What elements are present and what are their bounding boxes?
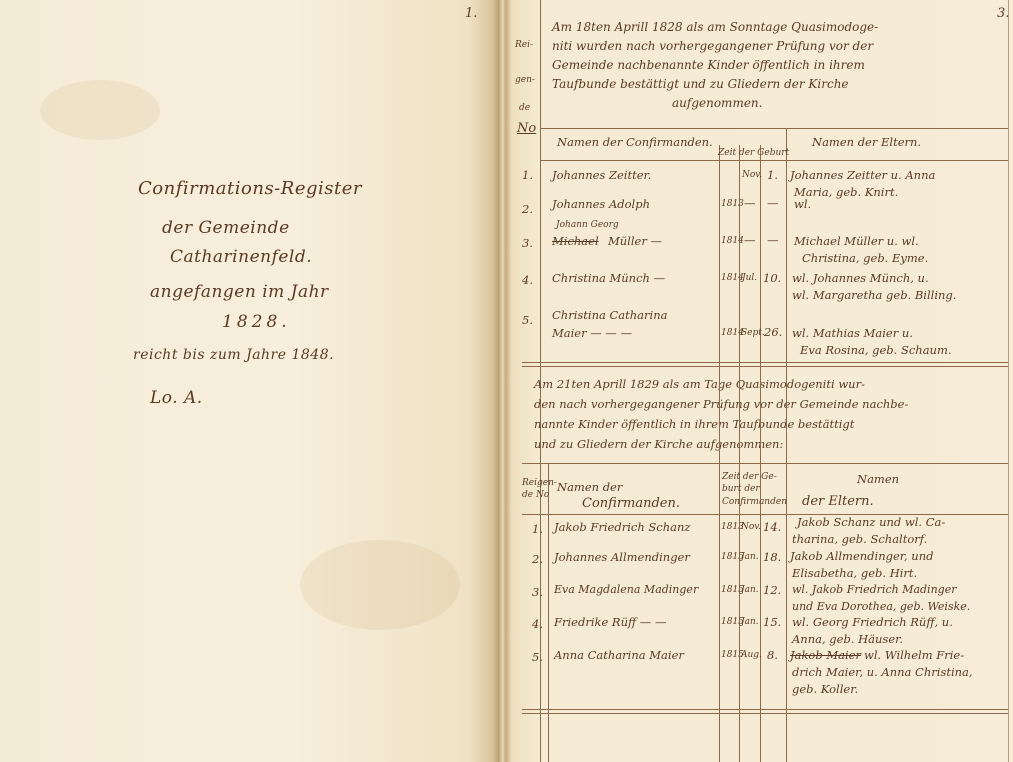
row-day: 18. <box>763 550 781 564</box>
col-header-parents: Namen der Eltern. <box>812 135 921 149</box>
row-name: Johannes Adolph <box>552 197 650 211</box>
col-rule <box>548 463 549 762</box>
intro-line: Taufbunde bestättigt und zu Gliedern der… <box>552 75 1002 94</box>
col-header-name: Namen der <box>557 480 622 494</box>
row-no: 3. <box>522 236 533 250</box>
book-gutter <box>498 0 512 762</box>
row-month: Nov. <box>741 522 761 532</box>
table-rule <box>540 160 1008 161</box>
row-day: 10. <box>763 271 781 285</box>
intro-line: aufgenommen. <box>552 94 1002 113</box>
row-name: Anna Catharina Maier <box>554 648 684 662</box>
row-no: 3. <box>532 585 543 599</box>
row-no: 2. <box>522 202 533 216</box>
row-name: Christina Münch — <box>552 271 665 285</box>
title-line: angefangen im Jahr <box>150 282 329 302</box>
title-year: 1828. <box>222 312 291 332</box>
row-name: Friedrike Rüff — — <box>554 615 666 629</box>
col-header-birth: Zeit der Geburt <box>718 148 789 158</box>
row-name: Jakob Friedrich Schanz <box>554 520 690 534</box>
row-parents: Eva Rosina, geb. Schaum. <box>800 343 952 357</box>
row-parents: drich Maier, u. Anna Christina, <box>792 665 973 679</box>
row-month: — <box>744 233 756 247</box>
col-header-birth: burt der <box>722 484 760 494</box>
row-name: Christina Catharina <box>552 308 667 322</box>
table-rule <box>540 128 1008 129</box>
row-year: 1814 <box>721 273 744 283</box>
row-parents: wl. <box>794 197 811 211</box>
row-day: — <box>767 233 779 247</box>
row-year: 1813 <box>721 199 744 209</box>
row-no: 1. <box>532 522 543 536</box>
col-header-birth: Zeit der Ge- <box>722 472 777 482</box>
row-parents: wl. Margaretha geb. Billing. <box>792 288 956 302</box>
row-name: Johannes Allmendinger <box>554 550 690 564</box>
title-line: Confirmations-Register <box>138 178 362 199</box>
row-day: 14. <box>763 520 781 534</box>
row-month: Jan. <box>741 585 759 595</box>
row-parents: geb. Koller. <box>792 682 858 696</box>
row-name-struck: Michael <box>552 234 599 248</box>
margin-header: No <box>517 121 536 136</box>
intro-line: Am 18ten Aprill 1828 als am Sonntage Qua… <box>552 18 1002 37</box>
row-no: 4. <box>522 273 533 287</box>
right-rule <box>1008 0 1009 762</box>
row-month: Jul. <box>742 273 757 283</box>
signature: Lo. A. <box>150 388 203 408</box>
section-separator <box>522 709 1008 714</box>
paper-stain <box>300 540 460 630</box>
row-parents: Christina, geb. Eyme. <box>802 251 928 265</box>
intro-line: Am 21ten Aprill 1829 als am Tage Quasimo… <box>534 374 1008 394</box>
table-rule <box>522 463 1008 464</box>
row-parents: und Eva Dorothea, geb. Weiske. <box>792 600 970 613</box>
row-month: — <box>744 196 756 210</box>
title-line: reicht bis zum Jahre 1848. <box>133 347 334 363</box>
page-number: 1. <box>465 6 477 21</box>
section-separator <box>522 362 1008 367</box>
row-parents: Jakob Schanz und wl. Ca- <box>797 515 945 529</box>
right-page: 3. Rei- gen- de No Am 18ten Aprill 1828 … <box>512 0 1013 762</box>
margin-header: de <box>519 103 530 113</box>
row-name-correction: Johann Georg <box>556 220 619 230</box>
intro-line: niti wurden nach vorhergegangener Prüfun… <box>552 37 1002 56</box>
row-day: 26. <box>764 325 782 339</box>
row-month: Aug. <box>741 650 762 660</box>
row-month: Nov. <box>742 170 762 180</box>
row-day: — <box>767 196 779 210</box>
section-1828-intro: Am 18ten Aprill 1828 als am Sonntage Qua… <box>552 18 1002 113</box>
row-parents: tharina, geb. Schaltorf. <box>792 532 927 546</box>
row-no: 4. <box>532 617 543 631</box>
left-page: 1. Confirmations-Register der Gemeinde C… <box>0 0 498 762</box>
col-header-no: de No <box>522 490 549 500</box>
paper-stain <box>40 80 160 140</box>
row-no: 5. <box>522 313 533 327</box>
row-day: 1. <box>767 168 778 182</box>
col-rule <box>786 360 787 762</box>
intro-line: und zu Gliedern der Kirche aufgenommen: <box>534 434 1008 454</box>
row-parents-struck: Jakob Maier <box>790 648 861 662</box>
row-parents: Johannes Zeitter u. Anna <box>790 168 935 182</box>
row-parents: Elisabetha, geb. Hirt. <box>792 566 917 580</box>
row-parents: Michael Müller u. wl. <box>794 234 919 248</box>
row-name: Johannes Zeitter. <box>552 168 651 182</box>
intro-line: nannte Kinder öffentlich in ihrem Taufbu… <box>534 414 1008 434</box>
col-header-name: Confirmanden. <box>582 496 680 511</box>
col-rule <box>719 145 720 360</box>
row-no: 1. <box>522 168 533 182</box>
row-name: Maier — — — <box>552 326 632 340</box>
intro-line: Gemeinde nachbenannte Kinder öffentlich … <box>552 56 1002 75</box>
row-no: 5. <box>532 650 543 664</box>
row-month: Jan. <box>741 617 759 627</box>
col-header-parents: der Eltern. <box>802 494 874 509</box>
margin-header: Rei- <box>515 40 533 50</box>
row-no: 2. <box>532 552 543 566</box>
title-line: der Gemeinde <box>162 218 290 238</box>
row-day: 15. <box>763 615 781 629</box>
intro-line: den nach vorhergegangener Prüfung vor de… <box>534 394 1008 414</box>
row-month: Jan. <box>741 552 759 562</box>
row-parents: wl. Mathias Maier u. <box>792 326 913 340</box>
col-header-parents: Namen <box>857 472 899 486</box>
row-name: Eva Magdalena Madinger <box>554 583 698 596</box>
section-1829-intro: Am 21ten Aprill 1829 als am Tage Quasimo… <box>534 374 1008 454</box>
col-header-name: Namen der Confirmanden. <box>557 135 713 149</box>
row-parents: wl. Georg Friedrich Rüff, u. <box>792 615 953 629</box>
margin-header: gen- <box>515 75 535 85</box>
col-header-no: Reigen- <box>522 478 557 488</box>
row-parents: wl. Wilhelm Frie- <box>864 648 964 662</box>
row-year: 1814 <box>721 236 744 246</box>
col-rule <box>719 360 720 762</box>
row-parents: wl. Jakob Friedrich Madinger <box>792 583 956 596</box>
title-line: Catharinenfeld. <box>170 247 312 267</box>
col-header-birth: Confirmanden <box>722 497 787 507</box>
row-parents: Jakob Allmendinger, und <box>790 549 934 563</box>
col-rule <box>760 360 761 762</box>
row-day: 12. <box>763 583 781 597</box>
row-parents: wl. Johannes Münch, u. <box>792 271 929 285</box>
row-month: Sept. <box>741 328 765 338</box>
col-rule <box>786 128 787 360</box>
row-name: Müller — <box>608 234 662 248</box>
row-day: 8. <box>767 648 778 662</box>
row-parents: Anna, geb. Häuser. <box>792 632 903 646</box>
